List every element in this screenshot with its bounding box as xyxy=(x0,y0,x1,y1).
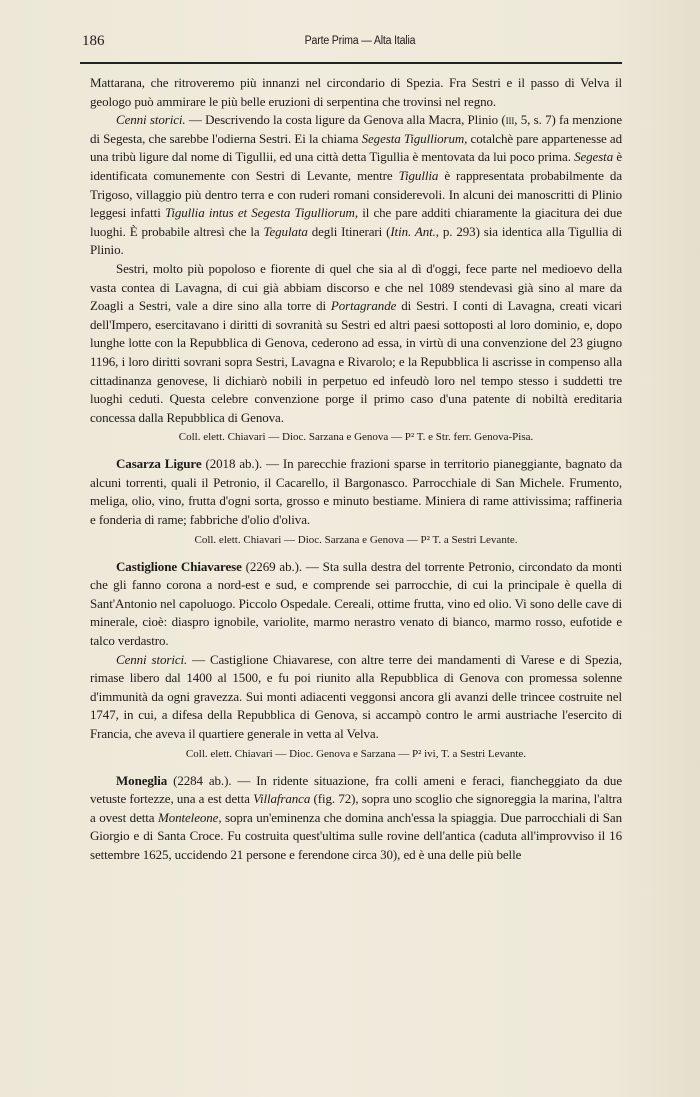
collegio-note: Coll. elett. Chiavari — Dioc. Genova e S… xyxy=(90,746,622,762)
population: (2269 ab.). xyxy=(242,559,302,574)
text: Mattarana, che ritroveremo più innanzi n… xyxy=(90,75,622,109)
italic-term: Monteleone xyxy=(158,810,218,825)
paragraph-sestri-history: Sestri, molto più popoloso e fiorente di… xyxy=(90,260,622,427)
paragraph-mattarana: Mattarana, che ritroveremo più innanzi n… xyxy=(90,74,622,111)
paragraph-cenni-storici-castiglione: Cenni storici. — Castiglione Chiavarese,… xyxy=(90,651,622,744)
text: — Descrivendo la costa ligure da Genova … xyxy=(186,112,506,127)
entry-moneglia: Moneglia (2284 ab.). — In ridente situaz… xyxy=(90,772,622,865)
page-body: Mattarana, che ritroveremo più innanzi n… xyxy=(90,74,622,865)
population: (2018 ab.). xyxy=(202,456,262,471)
section-label: Cenni storici. xyxy=(116,112,186,127)
population: (2284 ab.). xyxy=(167,773,231,788)
paragraph-cenni-storici-sestri: Cenni storici. — Descrivendo la costa li… xyxy=(90,111,622,260)
entry-castiglione-chiavarese: Castiglione Chiavarese (2269 ab.). — Sta… xyxy=(90,558,622,651)
italic-term: Segesta xyxy=(574,149,613,164)
entry-name: Casarza Ligure xyxy=(116,456,202,471)
text: degli Itinerari ( xyxy=(308,224,391,239)
section-label: Cenni storici. xyxy=(116,652,187,667)
italic-term: Tigullia intus et Segesta Tigulliorum xyxy=(165,205,355,220)
italic-term: Tegulata xyxy=(264,224,308,239)
italic-term: Segesta Tigulliorum xyxy=(362,131,465,146)
running-head-container: 186 Parte Prima — Alta Italia xyxy=(90,33,630,55)
entry-name: Castiglione Chiavarese xyxy=(116,559,242,574)
entry-name: Moneglia xyxy=(116,773,167,788)
italic-term: Villafranca xyxy=(253,791,310,806)
italic-term: Portagrande xyxy=(331,298,396,313)
page-number: 186 xyxy=(82,33,105,50)
header-rule xyxy=(80,62,622,64)
running-head: 186 Parte Prima — Alta Italia xyxy=(90,33,630,55)
italic-term: Itin. Ant. xyxy=(390,224,435,239)
text: di Sestri. I conti di Lavagna, creati vi… xyxy=(90,298,622,425)
entry-casarza-ligure: Casarza Ligure (2018 ab.). — In parecchi… xyxy=(90,455,622,529)
header-title: Parte Prima — Alta Italia xyxy=(112,35,609,47)
collegio-note: Coll. elett. Chiavari — Dioc. Sarzana e … xyxy=(90,532,622,548)
roman-numeral: iii xyxy=(506,112,515,127)
italic-term: Tigullia xyxy=(399,168,439,183)
collegio-note: Coll. elett. Chiavari — Dioc. Sarzana e … xyxy=(90,429,622,445)
